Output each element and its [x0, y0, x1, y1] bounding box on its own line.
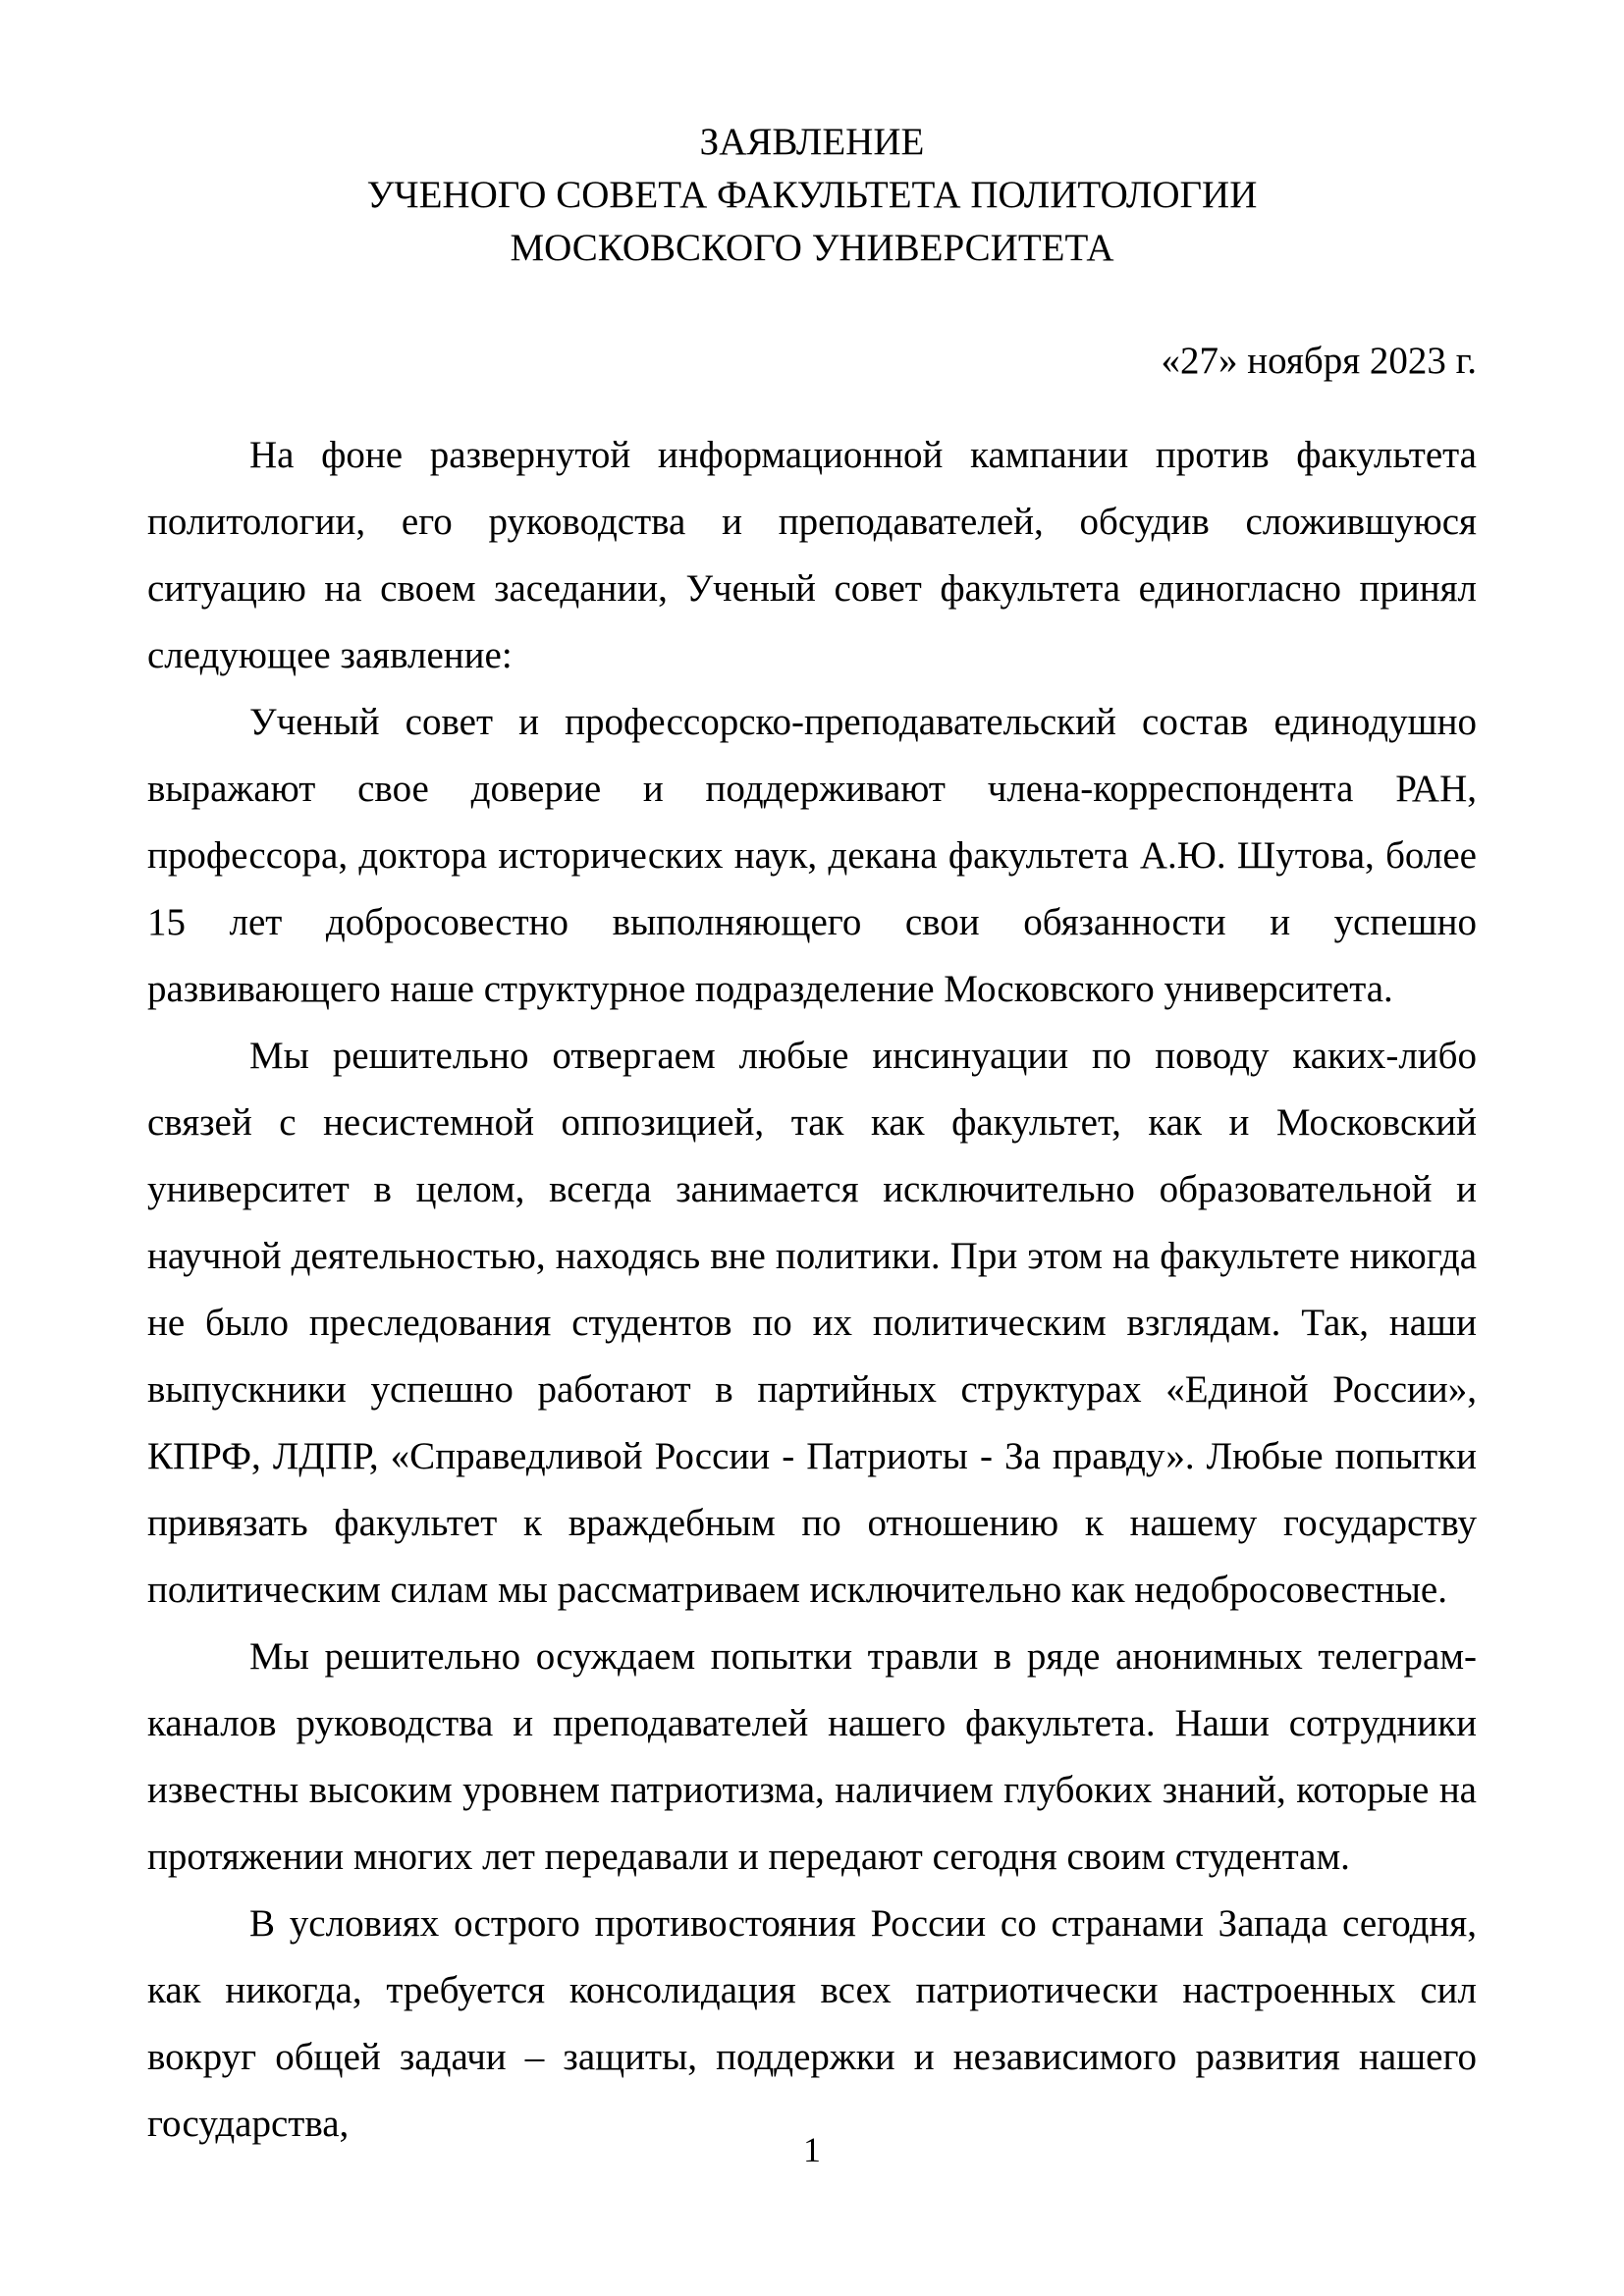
- paragraph: На фоне развернутой информационной кампа…: [147, 422, 1477, 689]
- paragraph: Ученый совет и профессорско-преподавател…: [147, 689, 1477, 1023]
- document-body: На фоне развернутой информационной кампа…: [147, 422, 1477, 2158]
- document-title: ЗАЯВЛЕНИЕ УЧЕНОГО СОВЕТА ФАКУЛЬТЕТА ПОЛИ…: [147, 116, 1477, 275]
- date-line: «27» ноября 2023 г.: [147, 336, 1477, 387]
- document-page: ЗАЯВЛЕНИЕ УЧЕНОГО СОВЕТА ФАКУЛЬТЕТА ПОЛИ…: [0, 0, 1624, 2296]
- page-number: 1: [0, 2128, 1624, 2171]
- title-line-3: МОСКОВСКОГО УНИВЕРСИТЕТА: [147, 222, 1477, 275]
- title-line-2: УЧЕНОГО СОВЕТА ФАКУЛЬТЕТА ПОЛИТОЛОГИИ: [147, 169, 1477, 222]
- paragraph: Мы решительно осуждаем попытки травли в …: [147, 1624, 1477, 1891]
- title-line-1: ЗАЯВЛЕНИЕ: [147, 116, 1477, 169]
- paragraph: В условиях острого противостояния России…: [147, 1891, 1477, 2158]
- paragraph: Мы решительно отвергаем любые инсинуации…: [147, 1023, 1477, 1624]
